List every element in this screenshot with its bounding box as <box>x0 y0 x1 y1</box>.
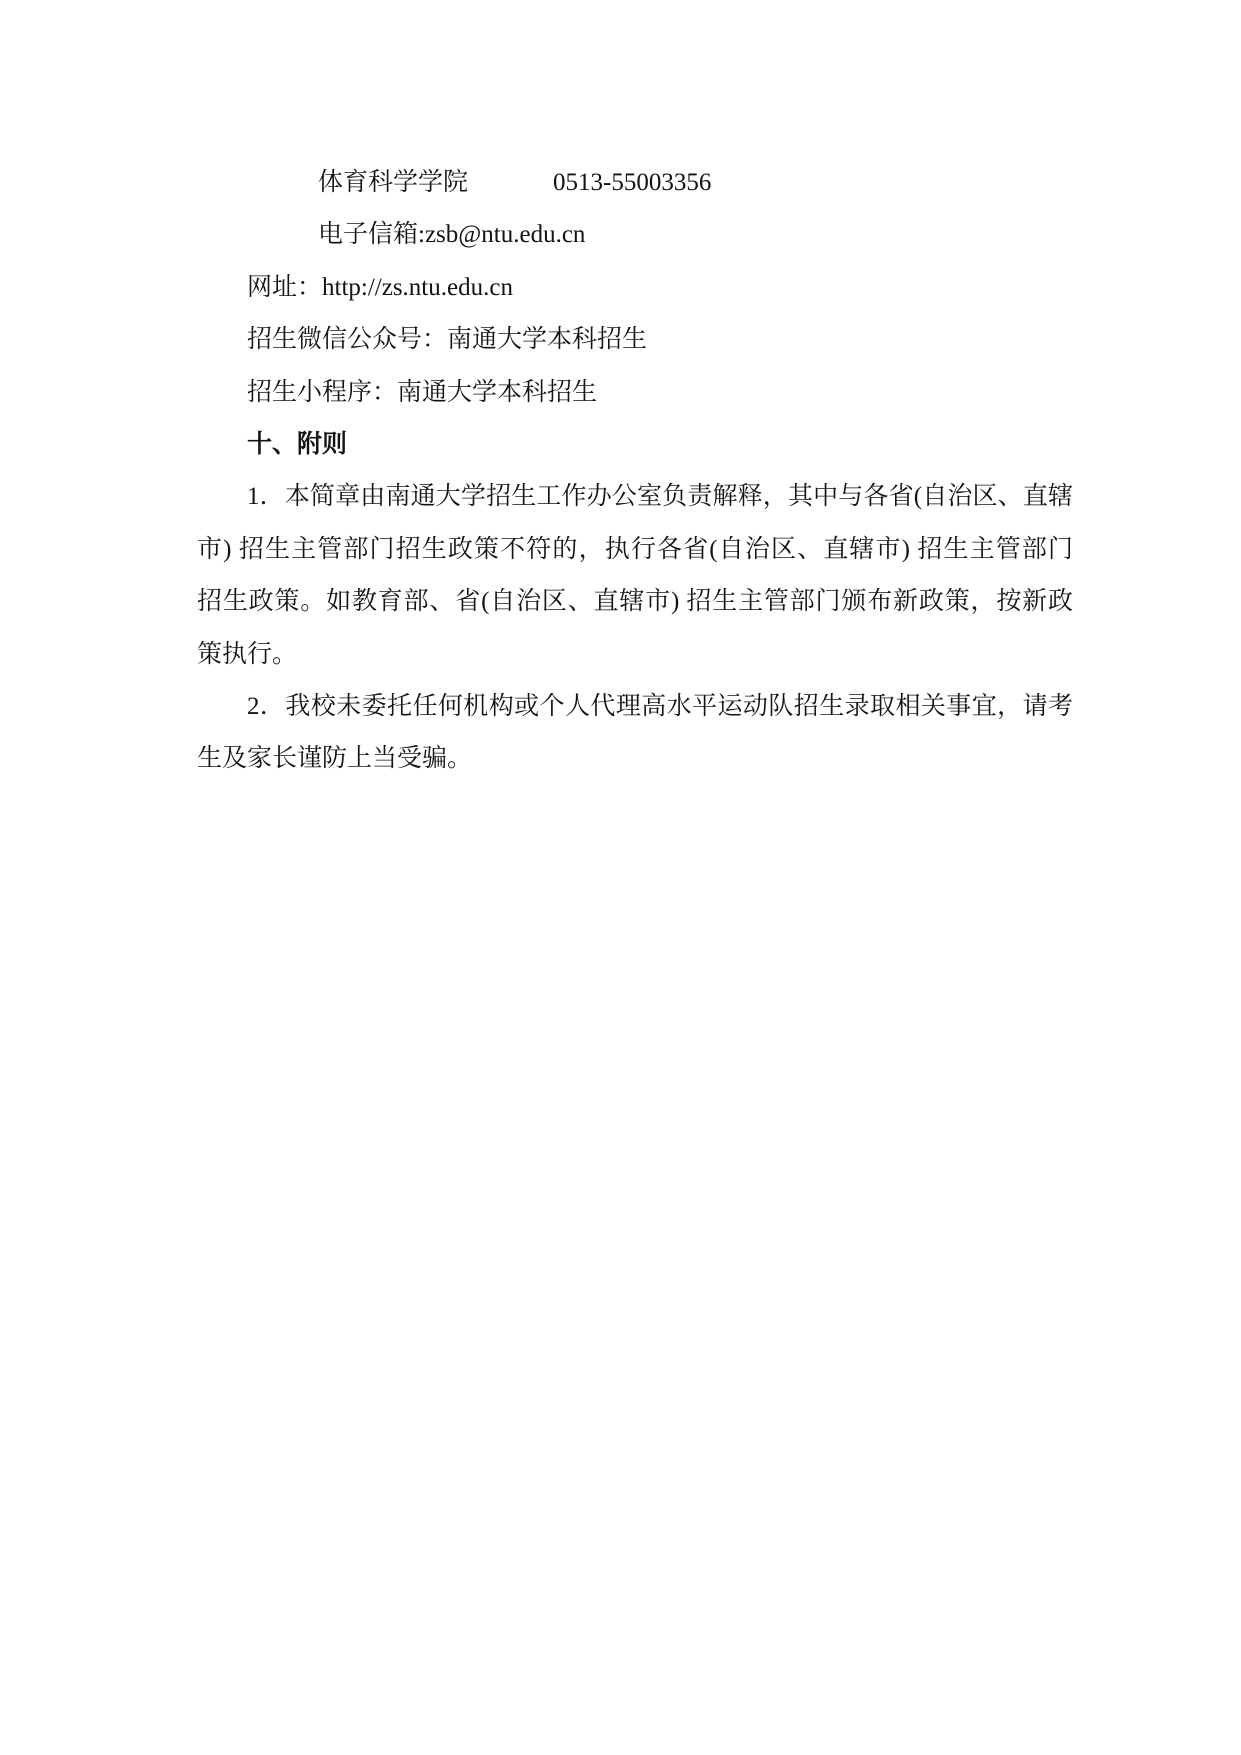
appendix-item1-line-1: 1．本简章由南通大学招生工作办公室负责解释，其中与各省(自治区、直辖 <box>197 471 1073 523</box>
contact-college-row: 体育科学学院0513-55003356 <box>197 157 1073 209</box>
appendix-item2-line-1: 2．我校未委托任何机构或个人代理高水平运动队招生录取相关事宜，请考 <box>197 681 1073 733</box>
contact-website-line: 网址：http://zs.ntu.edu.cn <box>197 262 1073 314</box>
college-phone: 0513-55003356 <box>553 169 711 196</box>
contact-email-line: 电子信箱:zsb@ntu.edu.cn <box>197 209 1073 261</box>
document-page: { "page": { "background": "#ffffff", "te… <box>0 0 1241 1755</box>
college-name: 体育科学学院 <box>318 169 468 196</box>
appendix-heading: 十、附则 <box>197 419 1073 471</box>
appendix-item1-line-3: 招生政策。如教育部、省(自治区、直辖市) 招生主管部门颁布新政策，按新政 <box>197 576 1073 628</box>
page-body: 体育科学学院0513-55003356 电子信箱:zsb@ntu.edu.cn … <box>197 157 1073 786</box>
contact-miniprogram-line: 招生小程序：南通大学本科招生 <box>197 367 1073 419</box>
appendix-item2-line-2: 生及家长谨防上当受骗。 <box>197 733 1073 785</box>
contact-wechat-line: 招生微信公众号：南通大学本科招生 <box>197 314 1073 366</box>
appendix-item1-line-4: 策执行。 <box>197 629 1073 681</box>
appendix-item1-line-2: 市) 招生主管部门招生政策不符的，执行各省(自治区、直辖市) 招生主管部门 <box>197 524 1073 576</box>
